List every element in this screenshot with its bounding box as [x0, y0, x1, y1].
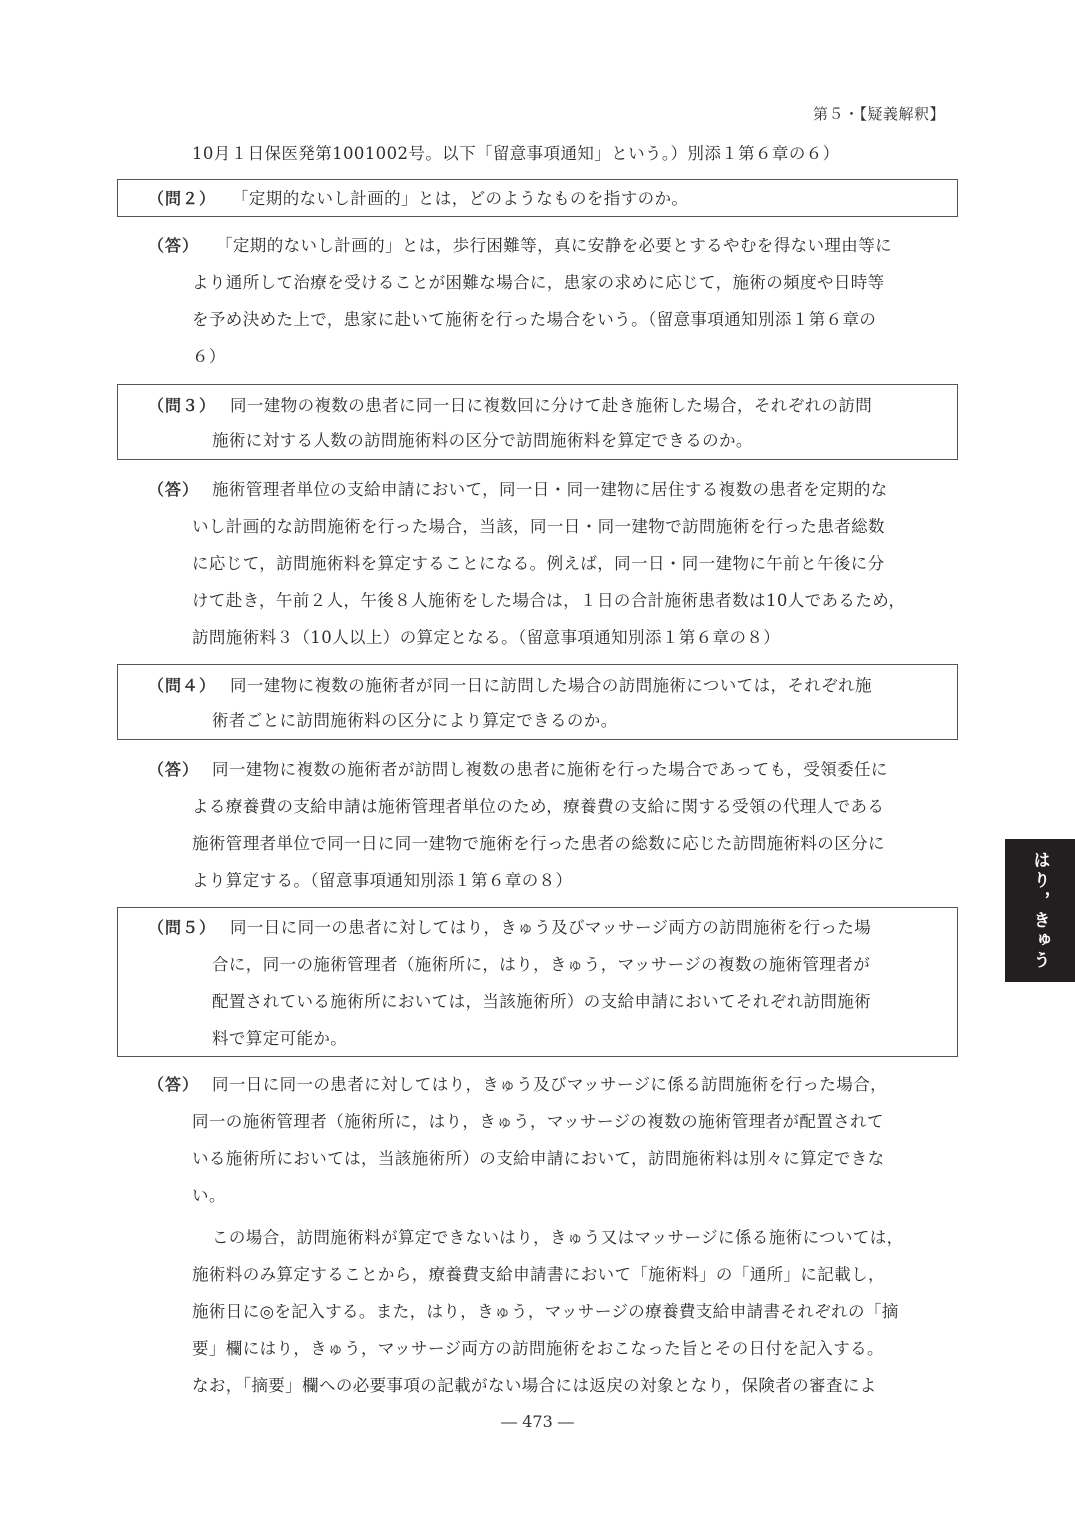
- question-text-4-line-2: 術者ごとに訪問施術料の区分により算定できるのか。: [212, 702, 618, 739]
- intro-line: 10月１日保医発第1001002号。以下「留意事項通知」という。）別添１第６章の…: [192, 135, 840, 172]
- page-number: ― 473 ―: [0, 1412, 1075, 1431]
- answer-text-4-line-1: 同一建物に複数の施術者が訪問し複数の患者に施術を行った場合であっても，受領委任に: [212, 751, 888, 788]
- chapter-side-tab: はり，きゅう: [1005, 839, 1075, 982]
- answer-text-5-line-1: 同一日に同一の患者に対してはり，きゅう及びマッサージに係る訪問施術を行った場合，: [212, 1066, 887, 1103]
- answer-label-4: （答）: [148, 751, 199, 788]
- side-tab-label: はり，きゅう: [1028, 851, 1053, 971]
- question-text-5-line-3: 配置されている施術所においては，当該施術所）の支給申請においてそれぞれ訪問施術: [212, 983, 871, 1020]
- answer-label-3: （答）: [148, 471, 199, 508]
- answer-text-3-line-4: けて赴き，午前２人，午後８人施術をした場合は，１日の合計施術患者数は10人である…: [192, 582, 905, 619]
- answer-text-3-line-3: に応じて，訪問施術料を算定することになる。例えば，同一日・同一建物に午前と午後に…: [192, 545, 885, 582]
- answer-text-5-line-4: い。: [192, 1177, 226, 1214]
- answer-text-3-line-2: いし計画的な訪問施術を行った場合，当該，同一日・同一建物で訪問施術を行った患者総…: [192, 508, 885, 545]
- question-text-5-line-4: 料で算定可能か。: [212, 1020, 347, 1057]
- answer-text-3-line-5: 訪問施術料３（10人以上）の算定となる。（留意事項通知別添１第６章の８）: [192, 619, 780, 656]
- answer-text-5-line-3: いる施術所においては，当該施術所）の支給申請において，訪問施術料は別々に算定でき…: [192, 1140, 885, 1177]
- answer-text-4-line-4: より算定する。（留意事項通知別添１第６章の８）: [192, 862, 572, 899]
- answer-text-2-line-3: を予め決めた上で，患家に赴いて施術を行った場合をいう。（留意事項通知別添１第６章…: [192, 301, 876, 338]
- answer-label-5: （答）: [148, 1066, 199, 1103]
- question-label-5: （問５）: [148, 909, 216, 946]
- answer-5-para2-line-3: 施術日に◎を記入する。また，はり，きゅう，マッサージの療養費支給申請書それぞれの…: [192, 1293, 899, 1330]
- section-header: 第５・【疑義解釈】: [813, 103, 945, 124]
- answer-5-para2-line-4: 要」欄にはり，きゅう，マッサージ両方の訪問施術をおこなった旨とその日付を記入する…: [192, 1330, 884, 1367]
- answer-text-4-line-3: 施術管理者単位で同一日に同一建物で施術を行った患者の総数に応じた訪問施術料の区分…: [192, 825, 885, 862]
- answer-text-4-line-2: よる療養費の支給申請は施術管理者単位のため，療養費の支給に関する受領の代理人であ…: [192, 788, 884, 825]
- answer-5-para2-line-2: 施術料のみ算定することから，療養費支給申請書において「施術料」の「通所」に記載し…: [192, 1256, 885, 1293]
- question-text-5-line-2: 合に，同一の施術管理者（施術所に，はり，きゅう，マッサージの複数の施術管理者が: [212, 946, 870, 983]
- answer-5-para2-line-1: この場合，訪問施術料が算定できないはり，きゅう又はマッサージに係る施術については…: [212, 1219, 904, 1256]
- answer-text-3-line-1: 施術管理者単位の支給申請において，同一日・同一建物に居住する複数の患者を定期的な: [212, 471, 888, 508]
- answer-text-5-line-2: 同一の施術管理者（施術所に，はり，きゅう，マッサージの複数の施術管理者が配置され…: [192, 1103, 884, 1140]
- question-text-5-line-1: 同一日に同一の患者に対してはり，きゅう及びマッサージ両方の訪問施術を行った場: [230, 909, 871, 946]
- question-label-2: （問２）: [148, 180, 216, 217]
- answer-5-para2-line-5: なお，「摘要」欄への必要事項の記載がない場合には返戻の対象となり，保険者の審査に…: [192, 1367, 877, 1404]
- question-text-4-line-1: 同一建物に複数の施術者が同一日に訪問した場合の訪問施術については，それぞれ施: [230, 667, 872, 704]
- answer-text-2-line-2: より通所して治療を受けることが困難な場合に，患家の求めに応じて，施術の頻度や日時…: [192, 264, 885, 301]
- question-label-3: （問３）: [148, 387, 216, 424]
- question-text-2: 「定期的ないし計画的」とは，どのようなものを指すのか。: [232, 180, 688, 217]
- answer-text-2-line-4: ６）: [192, 338, 226, 375]
- question-label-4: （問４）: [148, 667, 216, 704]
- answer-label-2: （答）: [148, 227, 199, 264]
- question-text-3-line-1: 同一建物の複数の患者に同一日に複数回に分けて赴き施術した場合，それぞれの訪問: [230, 387, 872, 424]
- question-text-3-line-2: 施術に対する人数の訪問施術料の区分で訪問施術料を算定できるのか。: [212, 422, 753, 459]
- answer-text-2-line-1: 「定期的ないし計画的」とは，歩行困難等，真に安静を必要とするやむを得ない理由等に: [216, 227, 892, 264]
